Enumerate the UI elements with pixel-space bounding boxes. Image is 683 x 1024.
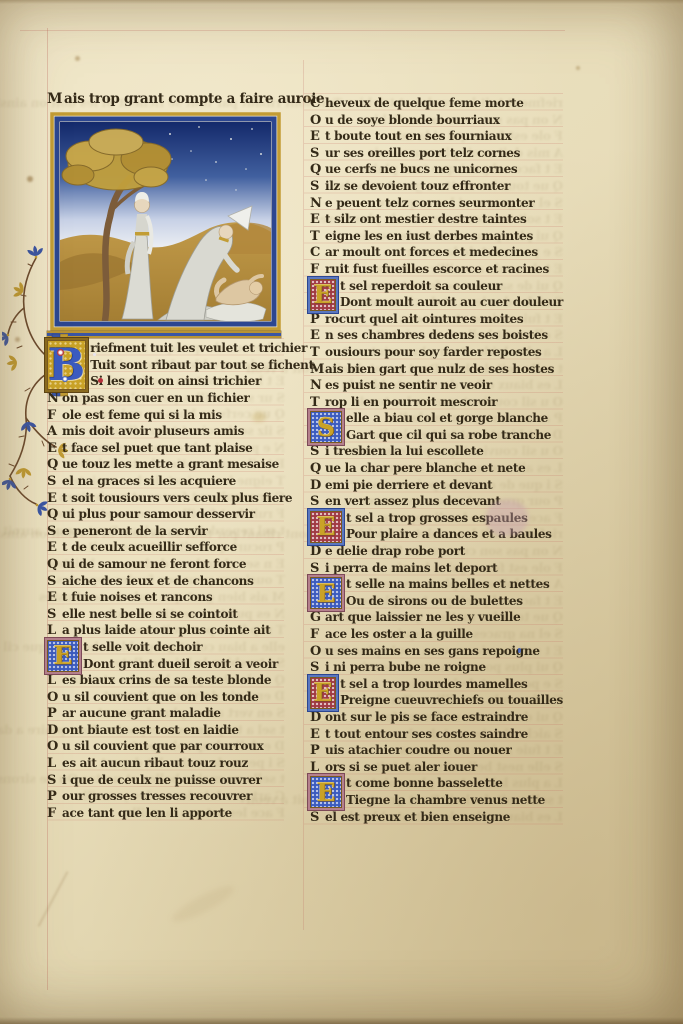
versal-capital: D (310, 478, 325, 495)
verse-line: Les ait aucun ribaut touz rouz (47, 755, 285, 772)
versal-capital: T (310, 229, 325, 246)
top-rule (20, 30, 565, 31)
verse-line: Tuit sont ribaut par tout se fichent (90, 357, 314, 374)
verse-line: Si ni perra bube ne roigne (310, 659, 563, 676)
verse-text: aiche des ieux et de chancons (62, 574, 254, 588)
verse-line: Et fuie noises et rancons (47, 589, 285, 606)
verse-text: t soit tousiours vers ceulx plus fiere (62, 491, 292, 505)
stain (168, 881, 237, 928)
verse-line: Et silz ont mestier destre taintes (310, 211, 563, 228)
verse-line: Ou de soye blonde bourriaux (310, 112, 563, 129)
verse-text: ui de samour ne feront force (62, 557, 246, 571)
verse-text: rop li en pourroit mescroir (325, 395, 497, 409)
illuminated-initial-s: S (310, 411, 342, 443)
illuminated-initial-e: E (310, 279, 336, 311)
verse-text: ui plus pour samour desservir (62, 507, 255, 521)
versal-capital: S (47, 574, 62, 591)
versal-capital: T (310, 345, 325, 362)
verse-text: art que laissier ne les y vueille (325, 610, 520, 624)
verse-line: Si tresbien la lui escollete (310, 443, 563, 460)
verse-line: t selle na mains belles et nettes (346, 576, 549, 593)
verse-line: Silz se devoient touz effronter (310, 178, 563, 195)
versal-capital: M (310, 362, 325, 379)
versal-capital: E (310, 727, 325, 744)
verse-line: Tousiours pour soy farder repostes (310, 344, 563, 361)
verse-line: t sel reperdoit sa couleur (340, 278, 563, 295)
verse-text: ar moult ont forces et medecines (325, 245, 538, 259)
verse-line: Et boute tout en ses fourniaux (310, 128, 563, 145)
verse-text: ilz se devoient touz effronter (325, 179, 510, 193)
verse-line: En ses chambres dedens ses boistes (310, 327, 563, 344)
verse-line: Ne peuent telz cornes seurmonter (310, 195, 563, 212)
fox-spot (75, 56, 80, 61)
verse-text: es biaux crins de sa teste blonde (62, 673, 271, 687)
verse-text: mis doit avoir pluseurs amis (62, 424, 244, 438)
verse-line: Ou sil couvient que par courroux (47, 738, 285, 755)
versal-capital: F (47, 806, 62, 823)
verse-line: Saiche des ieux et de chancons (47, 573, 285, 590)
page-edge-bottom (0, 1017, 683, 1024)
illuminated-initial-e-block: Et selle na mains belles et nettesOu de … (310, 576, 563, 609)
versal-capital: E (310, 328, 325, 345)
verse-text: ue touz les mette a grant mesaise (62, 457, 279, 471)
illuminated-initial-s-block: Selle a biau col et gorge blancheGart qu… (310, 410, 563, 443)
verse-text: uis atachier coudre ou nouer (325, 743, 512, 757)
verse-text: ousiours pour soy farder repostes (325, 345, 541, 359)
column-bar-ornament (47, 331, 281, 338)
versal-capital: D (310, 544, 325, 561)
verse-line: Face tant que len li apporte (47, 805, 285, 822)
verse-line: Se peneront de la servir (47, 523, 285, 540)
versal-capital: C (310, 96, 325, 113)
versal-capital: S (310, 810, 325, 827)
versal-capital: E (310, 129, 325, 146)
verse-text: t fuie noises et rancons (62, 590, 212, 604)
verse-line: Que touz les mette a grant mesaise (47, 456, 285, 473)
versal-capital: E (310, 212, 325, 229)
verse-line: Si perra de mains let deport (310, 560, 563, 577)
verse-line: Sur ses oreilles port telz cornes (310, 145, 563, 162)
versal-capital: P (310, 312, 325, 329)
versal-capital: A (47, 424, 62, 441)
illuminated-initial-b-block: Briefment tuit les veulet et trichierTui… (47, 340, 285, 390)
verse-line: Que cerfs ne bucs ne unicornes (310, 161, 563, 178)
verse-text: t boute tout en ses fourniaux (325, 129, 512, 143)
versal-capital: F (47, 408, 62, 425)
versal-capital: S (47, 524, 62, 541)
versal-capital: S (310, 561, 325, 578)
versal-capital: N (47, 391, 62, 408)
verse-line: Dont biaute est tost en laidie (47, 722, 285, 739)
verse-line: Pour grosses tresses recouvrer (47, 788, 285, 805)
verse-text: eigne les en iust derbes maintes (325, 229, 533, 243)
verse-text: el na graces si les acquiere (62, 474, 236, 488)
verse-line: Qui de samour ne feront force (47, 556, 285, 573)
page-edge-top (0, 0, 683, 4)
verse-line: Que la char pere blanche et nete (310, 460, 563, 477)
verse-line: Trop li en pourroit mescroir (310, 394, 563, 411)
verse-line: Amis doit avoir pluseurs amis (47, 423, 285, 440)
illuminated-initial-e-block: Et sel reperdoit sa couleurDont moult au… (310, 278, 563, 311)
verse-line: t selle voit dechoir (83, 639, 278, 656)
verse-line: Procurt quel ait ointures moites (310, 311, 563, 328)
verse-text: ais bien gart que nulz de ses hostes (325, 362, 554, 376)
verse-text: ont biaute est tost en laidie (62, 723, 239, 737)
verse-line: Car moult ont forces et medecines (310, 244, 563, 261)
versal-capital: O (310, 644, 325, 661)
verse-line: Preigne cueuvrechiefs ou touailles (340, 692, 563, 709)
versal-capital: L (47, 623, 62, 640)
versal-capital: S (310, 444, 325, 461)
versal-capital: S (47, 607, 62, 624)
verse-text: t de ceulx acueillir sefforce (62, 540, 237, 554)
illuminated-initial-e: E (310, 677, 336, 709)
verse-text: t tout entour ses costes saindre (325, 727, 528, 741)
versal-capital: P (47, 789, 62, 806)
verse-text: ace tant que len li apporte (62, 806, 232, 820)
verse-text: e peuent telz cornes seurmonter (325, 196, 534, 210)
verse-line: Fruit fust fueilles escorce et racines (310, 261, 563, 278)
verse-text: t face sel puet que tant plaise (62, 441, 252, 455)
verse-text: ruit fust fueilles escorce et racines (325, 262, 549, 276)
verse-line: Ou de sirons ou de bulettes (346, 593, 549, 610)
verse-text: e peneront de la servir (62, 524, 207, 538)
miniature-painting (50, 112, 281, 331)
verse-text: ue la char pere blanche et nete (325, 461, 525, 475)
verse-text: on pas son cuer en un fichier (62, 391, 250, 405)
versal-capital: P (47, 706, 62, 723)
versal-capital: C (310, 245, 325, 262)
header-text: ais trop grant compte a faire auroie (64, 91, 324, 107)
text-column-right: Cheveux de quelque feme morteOu de soye … (310, 95, 563, 825)
verse-text: emi pie derriere et devant (325, 478, 492, 492)
verse-text: ole est feme qui si la mis (62, 408, 222, 422)
verse-line: Sel est preux et bien enseigne (310, 809, 563, 826)
versal-capital: P (310, 743, 325, 760)
verse-line: Et tout entour ses costes saindre (310, 726, 563, 743)
versal-capital: O (47, 690, 62, 707)
verse-line: Gart que laissier ne les y vueille (310, 609, 563, 626)
verse-text: our grosses tresses recouvrer (62, 789, 252, 803)
versal-capital: E (47, 441, 62, 458)
verse-line: Demi pie derriere et devant (310, 477, 563, 494)
illuminated-initial-e-block: Et sel a trop grosses espaulesPour plair… (310, 510, 563, 543)
verse-text: u sil couvient que on les tonde (62, 690, 259, 704)
verse-text: ur ses oreilles port telz cornes (325, 146, 520, 160)
verse-line: Les biaux crins de sa teste blonde (47, 672, 285, 689)
verse-text: ors si se puet aler iouer (325, 760, 477, 774)
verse-line: Ou sil couvient que on les tonde (47, 689, 285, 706)
verse-line: Et de ceulx acueillir sefforce (47, 539, 285, 556)
verse-line: La plus laide atour plus cointe ait (47, 622, 285, 639)
verse-line: Cheveux de quelque feme morte (310, 95, 563, 112)
verse-line: Pour plaire a dances et a baules (346, 526, 552, 543)
verse-text: t silz ont mestier destre taintes (325, 212, 526, 226)
verse-line: Dont grant dueil seroit a veoir (83, 656, 278, 673)
verse-line: Ou ses mains en ses gans repoigne (310, 643, 563, 660)
verse-text: ace les oster a la guille (325, 627, 473, 641)
verse-line: Nes puist ne sentir ne veoir (310, 377, 563, 394)
versal-capital: Q (47, 557, 62, 574)
verse-text: i tresbien la lui escollete (325, 444, 484, 458)
verse-line: Gart que cil qui sa robe tranche (346, 427, 551, 444)
verse-line: Fole est feme qui si la mis (47, 407, 285, 424)
verse-line: t sel a trop grosses espaules (346, 510, 552, 527)
verse-line: De delie drap robe port (310, 543, 563, 560)
verse-line: Dont sur le pis se face estraindre (310, 709, 563, 726)
header-verse-line: Mais trop grant compte a faire auroie (47, 90, 287, 108)
verse-line: Par aucune grant maladie (47, 705, 285, 722)
illuminated-initial-e: E (310, 776, 342, 808)
versal-capital: S (47, 773, 62, 790)
verse-text: ar aucune grant maladie (62, 706, 221, 720)
illuminated-initial-e: E (310, 577, 342, 609)
verse-text: rocurt quel ait ointures moites (325, 312, 523, 326)
header-cap: M (47, 90, 64, 108)
illuminated-initial-e-block: Et sel a trop lourdes mamellesPreigne cu… (310, 676, 563, 709)
verse-text: es ait aucun ribaut touz rouz (62, 756, 248, 770)
verse-text: i que de ceulx ne puisse ouvrer (62, 773, 262, 787)
versal-capital: D (47, 723, 62, 740)
verse-text: es puist ne sentir ne veoir (325, 378, 492, 392)
versal-capital: E (47, 491, 62, 508)
versal-capital: N (310, 196, 325, 213)
versal-capital: S (310, 179, 325, 196)
verse-line: Et soit tousiours vers ceulx plus fiere (47, 490, 285, 507)
versal-capital: F (310, 627, 325, 644)
versal-capital: E (47, 540, 62, 557)
verse-line: Face les oster a la guille (310, 626, 563, 643)
illuminated-initial-e-block: Et selle voit dechoirDont grant dueil se… (47, 639, 285, 672)
vine-leaves-blue (2, 244, 51, 518)
illuminated-initial-e: E (310, 511, 342, 543)
versal-capital: L (47, 673, 62, 690)
verse-line: riefment tuit les veulet et trichier (90, 340, 314, 357)
verse-text: a plus laide atour plus cointe ait (62, 623, 270, 637)
versal-capital: L (47, 756, 62, 773)
versal-capital: G (310, 610, 325, 627)
verse-line: Et face sel puet que tant plaise (47, 440, 285, 457)
verse-line: Lors si se puet aler iouer (310, 759, 563, 776)
verse-text: i perra de mains let deport (325, 561, 497, 575)
verse-line: t come bonne basselette (346, 775, 545, 792)
verse-text: ue cerfs ne bucs ne unicornes (325, 162, 517, 176)
verse-text: en vert assez plus decevant (325, 494, 501, 508)
verse-text: elle nest belle si se cointoit (62, 607, 238, 621)
verse-text: e delie drap robe port (325, 544, 465, 558)
versal-capital: S (310, 660, 325, 677)
scratch (38, 871, 69, 927)
verse-line: Dont moult auroit au cuer douleur (340, 294, 563, 311)
illuminated-initial-e: E (47, 640, 79, 672)
verse-line: Mais bien gart que nulz de ses hostes (310, 361, 563, 378)
versal-capital: L (310, 760, 325, 777)
verse-line: Puis atachier coudre ou nouer (310, 742, 563, 759)
verse-line: elle a biau col et gorge blanche (346, 410, 551, 427)
versal-capital: F (310, 262, 325, 279)
illuminated-initial-e-block: Et come bonne basseletteTiegne la chambr… (310, 775, 563, 808)
verse-line: Selle nest belle si se cointoit (47, 606, 285, 623)
verse-text: el est preux et bien enseigne (325, 810, 510, 824)
versal-capital: S (310, 146, 325, 163)
verse-line: Non pas son cuer en un fichier (47, 390, 285, 407)
verse-text: i ni perra bube ne roigne (325, 660, 486, 674)
text-column-left: Briefment tuit les veulet et trichierTui… (47, 340, 285, 821)
versal-capital: S (47, 474, 62, 491)
versal-capital: S (310, 494, 325, 511)
verse-line: Teigne les en iust derbes maintes (310, 228, 563, 245)
versal-capital: Q (47, 457, 62, 474)
manuscript-page: { "page": { "header": {"cap": "M", "text… (0, 0, 683, 1024)
verse-line: Si les doit on ainsi trichier (90, 373, 314, 390)
versal-capital: D (310, 710, 325, 727)
illuminated-initial-b: B (47, 340, 86, 390)
verse-line: t sel a trop lourdes mamelles (340, 676, 563, 693)
verse-text: u de soye blonde bourriaux (325, 113, 500, 127)
verse-text: ont sur le pis se face estraindre (325, 710, 528, 724)
verse-line: Qui plus pour samour desservir (47, 506, 285, 523)
verse-text: u ses mains en ses gans repoigne (325, 644, 540, 658)
versal-capital: Q (310, 461, 325, 478)
versal-capital: E (47, 590, 62, 607)
verse-line: Tiegne la chambre venus nette (346, 792, 545, 809)
versal-capital: Q (47, 507, 62, 524)
verse-line: Sen vert assez plus decevant (310, 493, 563, 510)
versal-capital: O (310, 113, 325, 130)
versal-capital: N (310, 378, 325, 395)
verse-text: heveux de quelque feme morte (325, 96, 524, 110)
verse-text: u sil couvient que par courroux (62, 739, 263, 753)
verse-text: n ses chambres dedens ses boistes (325, 328, 548, 342)
verse-line: Sel na graces si les acquiere (47, 473, 285, 490)
verse-line: Si que de ceulx ne puisse ouvrer (47, 772, 285, 789)
fox-spot (27, 176, 33, 182)
fox-spot (576, 66, 580, 70)
versal-capital: Q (310, 162, 325, 179)
versal-capital: T (310, 395, 325, 412)
versal-capital: O (47, 739, 62, 756)
